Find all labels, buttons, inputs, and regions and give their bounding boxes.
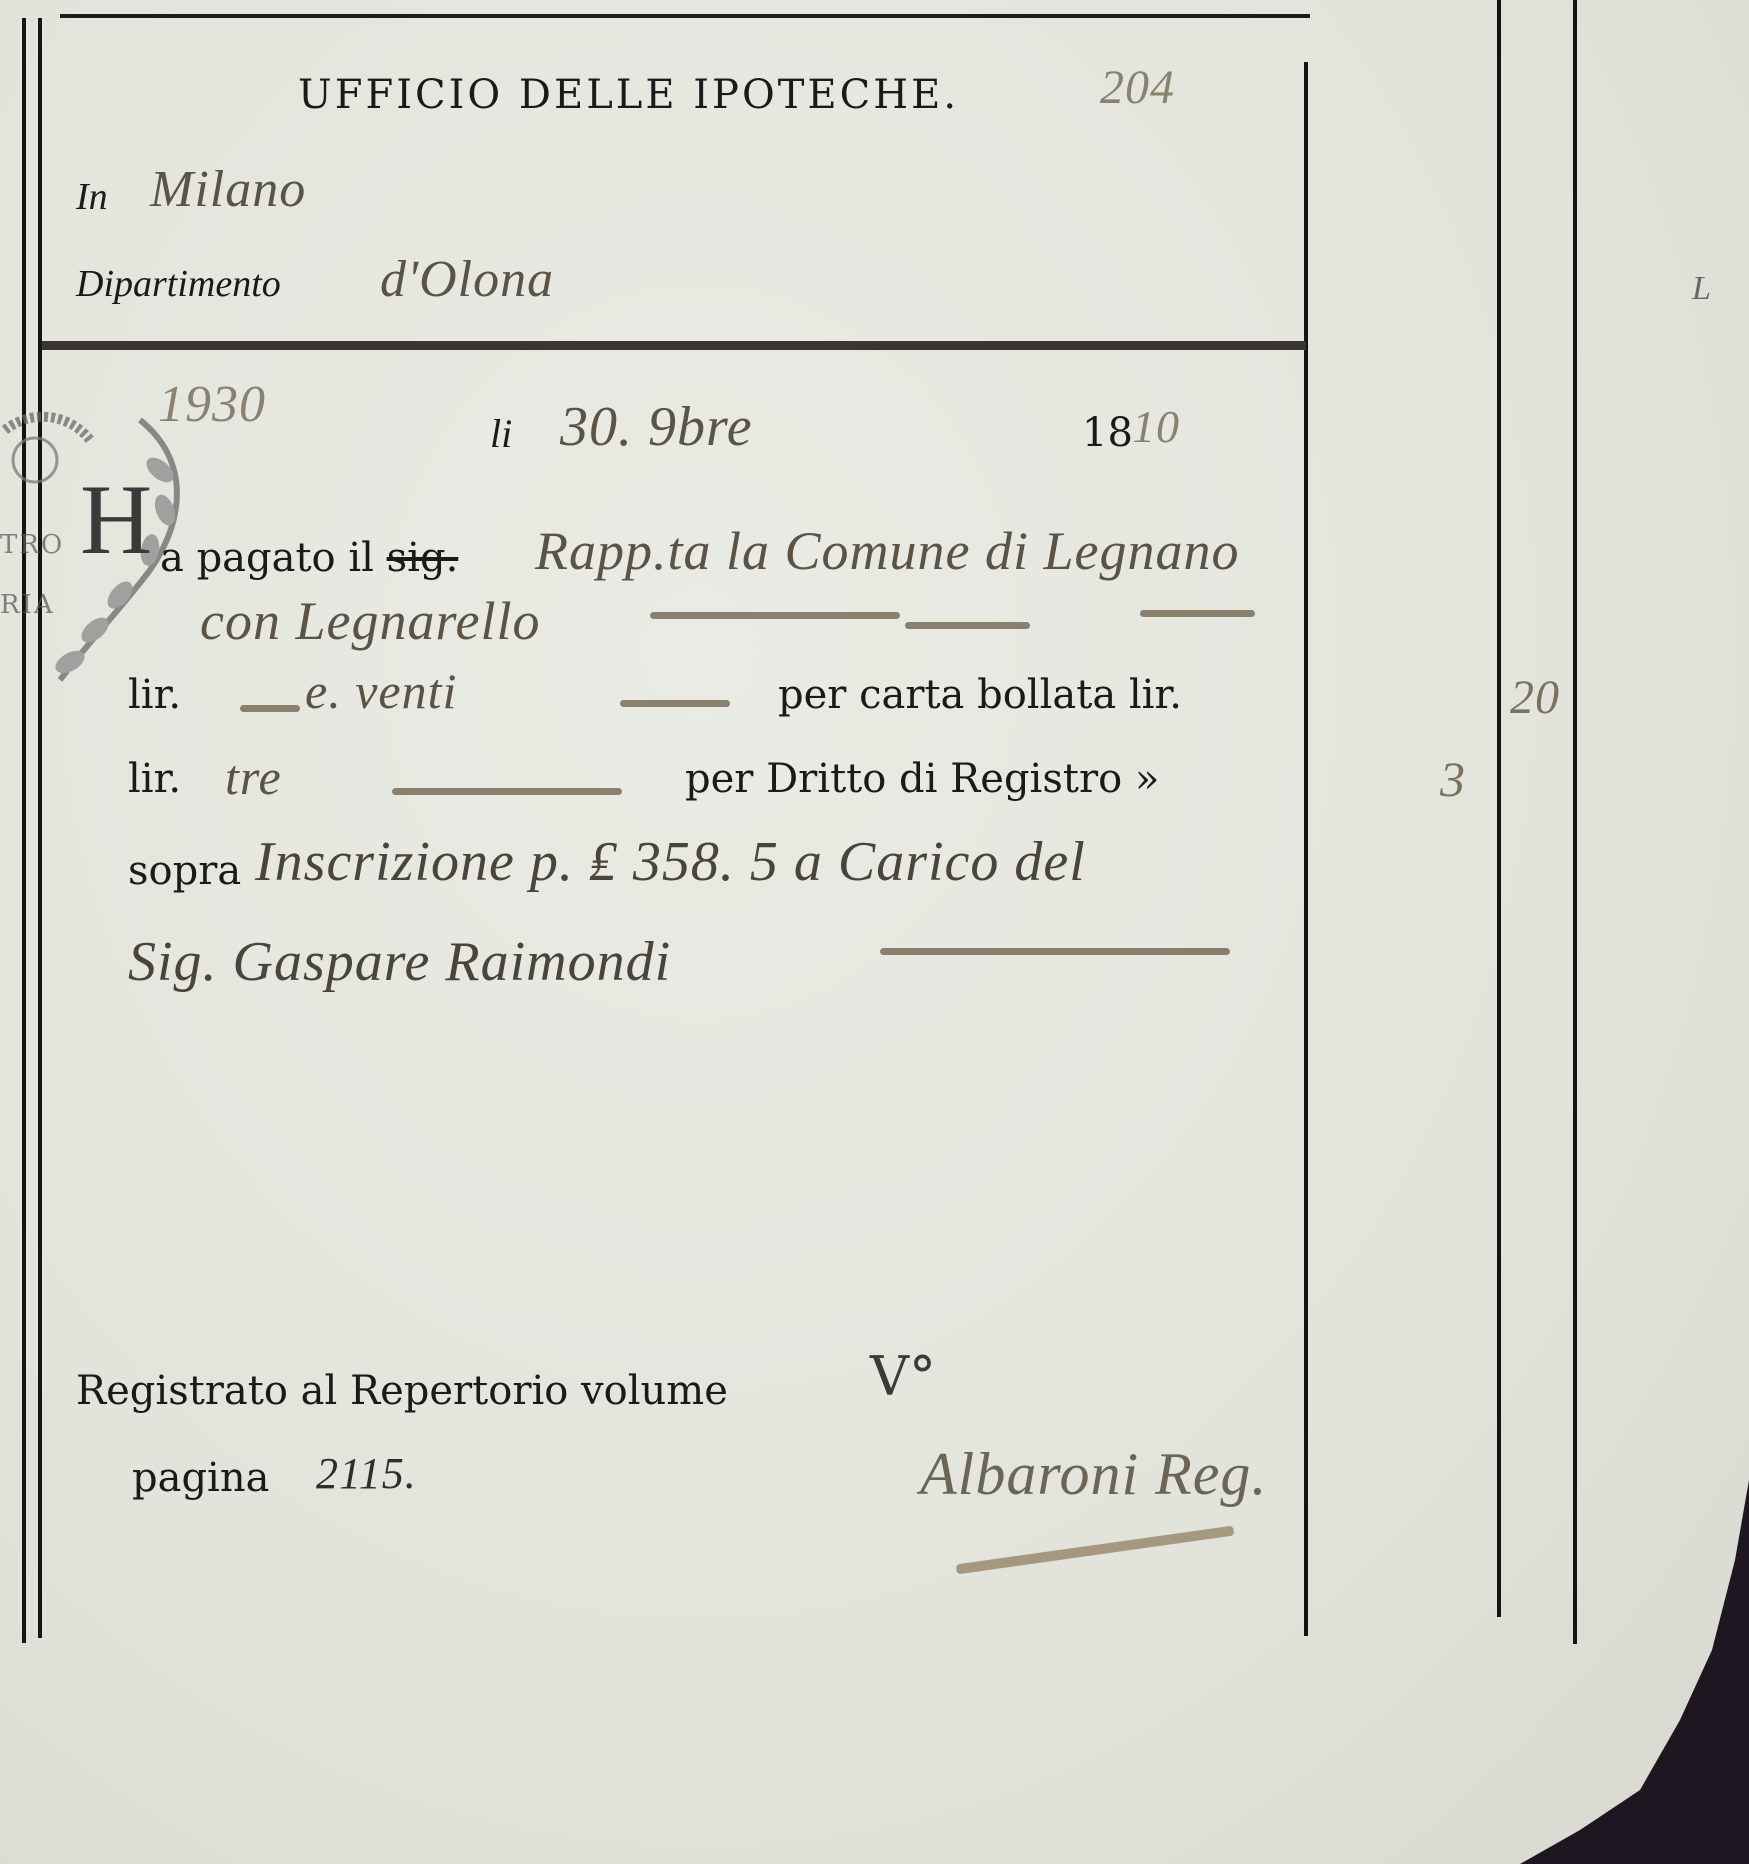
left-border-inner [38, 18, 42, 1638]
registrato-text: Registrato al Repertorio volume [76, 1368, 728, 1414]
lir2-label: lir. [128, 756, 181, 802]
document-paper: UFFICIO DELLE IPOTECHE. 204 In Milano Di… [0, 0, 1749, 1864]
signature-underline [956, 1526, 1235, 1575]
header-title: UFFICIO DELLE IPOTECHE. [298, 72, 959, 118]
date-day-month: 30. 9bre [560, 395, 753, 459]
right-border-main [1304, 62, 1308, 1636]
lir1-value: e. venti [305, 662, 457, 720]
fill-dash [880, 948, 1230, 955]
fill-dash [620, 700, 730, 707]
fill-dash [650, 612, 900, 619]
year-handwritten: 10 [1132, 400, 1180, 453]
left-border-outer [22, 18, 26, 1643]
department-value: d'Olona [380, 250, 554, 309]
initial-letter: H [80, 470, 152, 570]
margin-amount-carta-bollata: 20 [1510, 670, 1560, 725]
lir2-purpose: per Dritto di Registro » [685, 756, 1159, 802]
volume-value: V° [870, 1345, 936, 1408]
paid-struck-text: sig. [387, 535, 459, 581]
fill-dash [392, 788, 622, 795]
paid-prefix-text: a pagato il [160, 535, 374, 581]
sopra-label: sopra [128, 848, 241, 894]
top-rule [60, 14, 1310, 18]
right-column-line-2 [1573, 0, 1577, 1644]
margin-amount-registro: 3 [1440, 750, 1466, 808]
fill-dash [240, 705, 300, 712]
department-label: Dipartimento [76, 262, 281, 306]
sopra-line2: Sig. Gaspare Raimondi [128, 930, 671, 994]
lir1-purpose: per carta bollata lir. [778, 672, 1182, 718]
in-value: Milano [150, 160, 306, 219]
sopra-line1: Inscrizione p. ₤ 358. 5 a Carico del [255, 830, 1086, 894]
stamp-text-line1: TRO [0, 530, 64, 560]
year-printed: 18 [1082, 410, 1133, 456]
lir1-label: lir. [128, 672, 181, 718]
stamp-text-line2: RIA [0, 590, 55, 620]
lir2-value: tre [225, 748, 282, 806]
in-label: In [76, 175, 108, 219]
payer-line1: Rapp.ta la Comune di Legnano [535, 520, 1239, 582]
payer-line2: con Legnarello [200, 590, 540, 652]
right-column-line-1 [1497, 0, 1501, 1617]
fill-dash [905, 622, 1030, 629]
pagina-value: 2115. [316, 1448, 417, 1499]
pagina-label: pagina [132, 1455, 269, 1501]
margin-mark: L [1692, 270, 1712, 308]
header-number: 204 [1100, 60, 1175, 115]
paid-prefix: a pagato il sig. [160, 535, 458, 581]
header-separator-rule [42, 341, 1306, 350]
fill-dash [1140, 610, 1255, 617]
date-prefix: li [490, 410, 512, 457]
signature: Albaroni Reg. [920, 1440, 1267, 1509]
